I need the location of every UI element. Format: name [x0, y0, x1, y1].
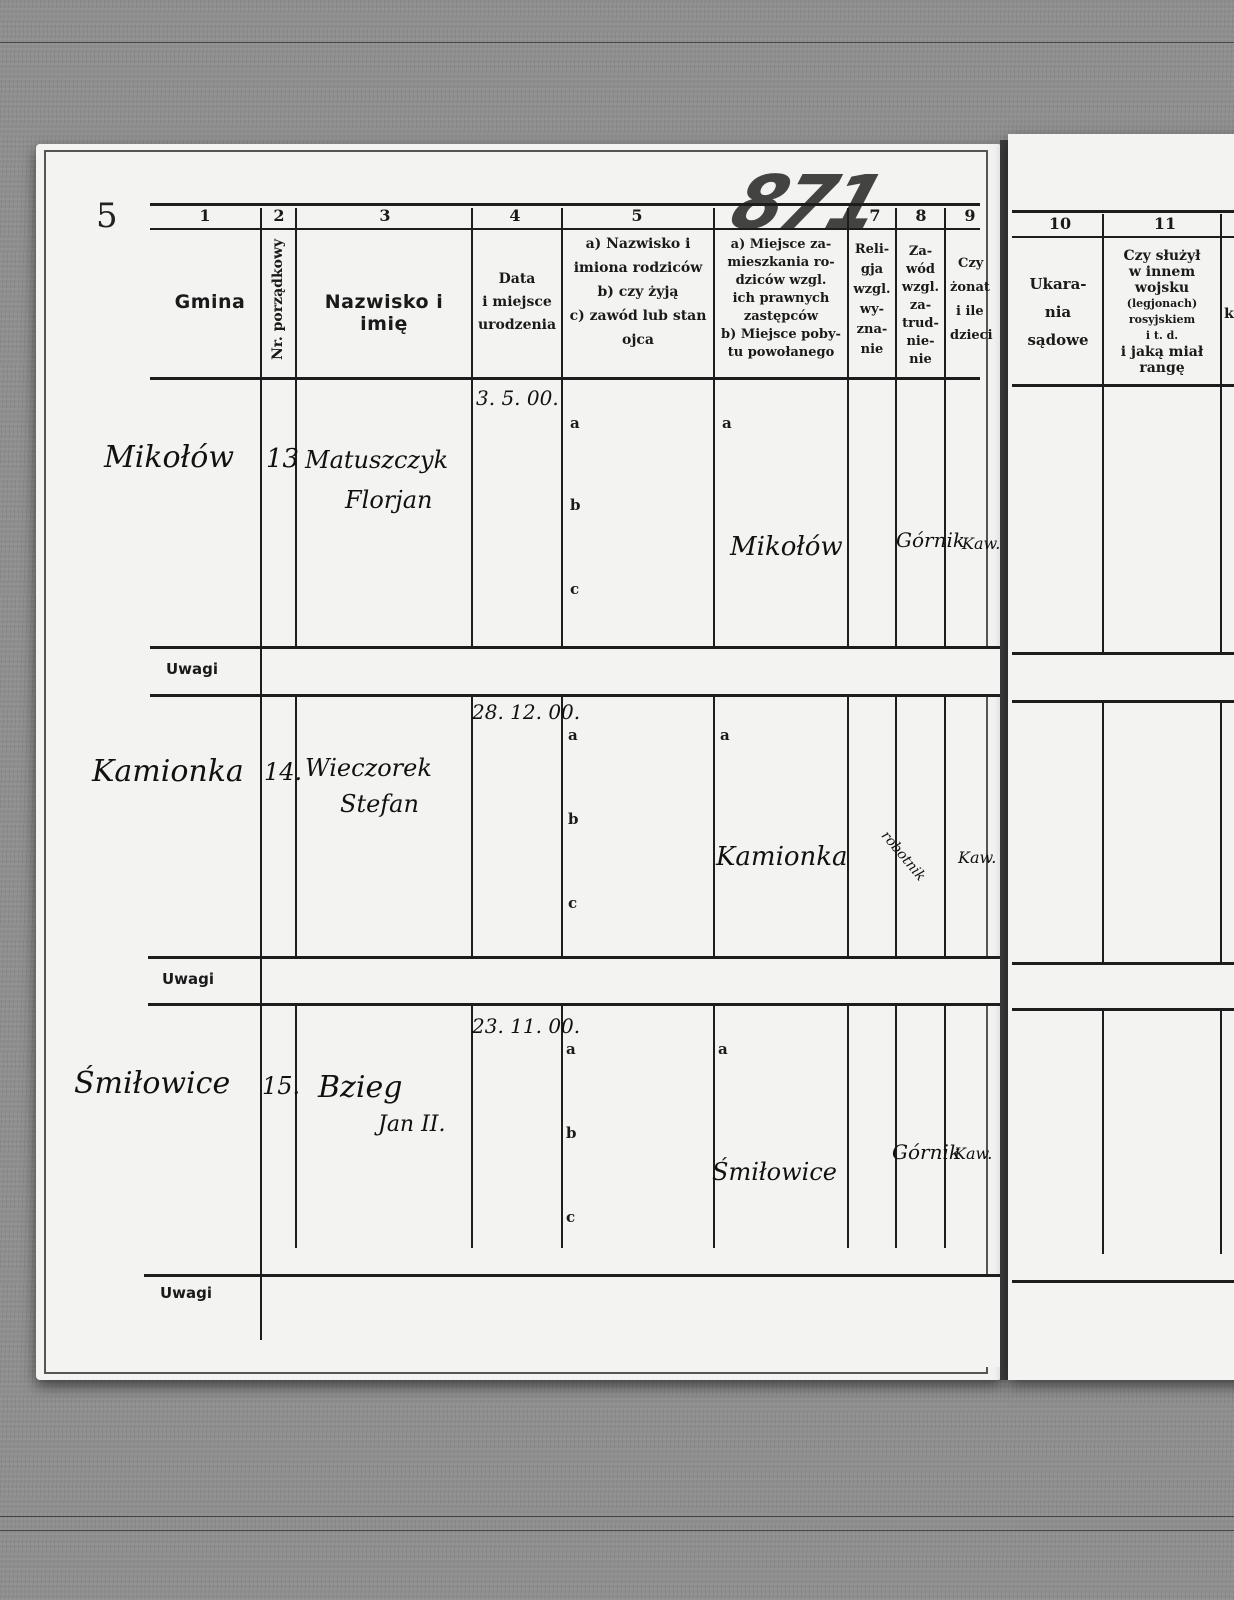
- col-header-line: ich prawnych: [714, 290, 848, 308]
- record-married: Kaw.: [958, 848, 996, 867]
- col-header-religion: Reli- gja wzgl. wy- zna- nie: [849, 240, 895, 360]
- col-header-line: dziców wzgl.: [714, 272, 848, 290]
- col-header-line: trud-: [897, 315, 944, 333]
- remarks-band: [1012, 655, 1234, 700]
- col-header-line: i miejsce: [472, 291, 562, 314]
- record-surname: Wieczorek: [305, 754, 432, 782]
- record-surname: Bzieg: [318, 1070, 402, 1105]
- sub-label-c: c: [568, 894, 577, 912]
- col-header-parents: a) Nazwisko i imiona rodziców b) czy żyj…: [562, 232, 714, 352]
- col-header-line: za-: [897, 297, 944, 315]
- col-header-line: gja: [849, 260, 895, 280]
- scan-artifact-line: [0, 42, 1234, 43]
- col-number: 7: [860, 206, 890, 225]
- remarks-band: [262, 959, 1000, 1003]
- col-header-line: i jaką miał: [1104, 344, 1220, 360]
- col-header-line: i t. d.: [1104, 328, 1220, 344]
- col-header-line: wy-: [849, 300, 895, 320]
- col-header-line: (legjonach): [1104, 296, 1220, 312]
- remarks-band: [262, 1277, 1000, 1367]
- col-header-birth: Data i miejsce urodzenia: [472, 268, 562, 337]
- sub-label-b: b: [566, 1124, 577, 1142]
- record-occupation: Górnik: [896, 528, 965, 552]
- scan-artifact-line: [0, 1516, 1234, 1517]
- record-occupation: Górnik: [892, 1140, 961, 1164]
- col-header-line: rosyjskiem: [1104, 312, 1220, 328]
- record-birth-date: 23. 11. 00.: [472, 1014, 580, 1038]
- col-header-line: wojsku: [1104, 280, 1220, 296]
- col-header-line: nie-: [897, 333, 944, 351]
- col-header-line: nie: [897, 351, 944, 369]
- sub-label-a: a: [718, 1040, 728, 1058]
- col-header-line: zastępców: [714, 308, 848, 326]
- sub-label-a: a: [566, 1040, 576, 1058]
- header-num-rule: [150, 228, 980, 230]
- col-header-line: żonat: [950, 276, 1002, 300]
- col-header-nr: Nr. porządkowy: [270, 240, 286, 360]
- col-number: 1: [190, 206, 220, 225]
- col-header-line: wzgl.: [897, 279, 944, 297]
- col-header-line: Reli-: [849, 240, 895, 260]
- col-number: 4: [500, 206, 530, 225]
- record-surname: Matuszczyk: [305, 446, 448, 474]
- col-header-line: rangę: [1104, 360, 1220, 376]
- record-rule: [148, 1003, 1000, 1006]
- header-num-rule-right: [1012, 236, 1234, 238]
- col-header-line: a) Nazwisko i: [562, 232, 714, 256]
- record-given-name: Florjan: [345, 486, 432, 514]
- col-number: 5: [622, 206, 652, 225]
- col-header-12-partial: k: [1222, 306, 1234, 322]
- col-header-other-army: Czy służył w innem wojsku (legjonach) ro…: [1104, 248, 1220, 376]
- remarks-label: Uwagi: [166, 660, 218, 678]
- col-header-line: Czy służył: [1104, 248, 1220, 264]
- sub-label-c: c: [570, 580, 579, 598]
- remarks-band: [262, 649, 1000, 694]
- record-gmina: Kamionka: [92, 754, 244, 789]
- sub-label-a: a: [722, 414, 732, 432]
- remarks-divider: [260, 640, 262, 1340]
- col-header-line: zna-: [849, 320, 895, 340]
- col-header-line: wzgl.: [849, 280, 895, 300]
- header-top-rule-right: [1012, 210, 1234, 213]
- record-gmina: Mikołów: [104, 440, 234, 475]
- col-divider: [944, 208, 946, 1248]
- col-header-line: i ile: [950, 300, 1002, 324]
- col-header-line: imiona rodziców: [562, 256, 714, 280]
- col-divider: [561, 208, 563, 1248]
- col-number: 8: [906, 206, 936, 225]
- record-residence-b: Śmiłowice: [712, 1158, 837, 1186]
- col-header-line: ojca: [562, 328, 714, 352]
- col-header-line: sądowe: [1014, 326, 1102, 354]
- col-header-line: nie: [849, 340, 895, 360]
- col-divider: [1220, 214, 1222, 1254]
- sub-label-a: a: [568, 726, 578, 744]
- sub-label-b: b: [570, 496, 581, 514]
- col-divider: [471, 208, 473, 1248]
- record-gmina: Śmiłowice: [74, 1066, 230, 1101]
- col-number: 2: [264, 206, 294, 225]
- col-header-gmina: Gmina: [160, 292, 260, 314]
- record-nr: 13: [266, 444, 299, 474]
- col-number: 9: [955, 206, 985, 225]
- record-birth-date: 28. 12. 00.: [472, 700, 580, 724]
- col-number: 10: [1040, 214, 1080, 233]
- col-header-married: Czy żonat i ile dzieci: [946, 252, 1002, 348]
- record-given-name: Stefan: [340, 790, 419, 818]
- col-divider: [713, 208, 715, 1248]
- record-married: Kaw.: [962, 534, 1000, 553]
- col-header-name: Nazwisko i imię: [298, 292, 470, 336]
- col-header-residence: a) Miejsce za- mieszkania ro- dziców wzg…: [714, 236, 848, 362]
- col-header-line: Czy: [950, 252, 1002, 276]
- col-number: 11: [1145, 214, 1185, 233]
- record-rule-right: [1012, 1008, 1234, 1011]
- remarks-label: Uwagi: [160, 1284, 212, 1302]
- record-rule-right: [1012, 700, 1234, 703]
- col-divider: [847, 208, 849, 1248]
- sub-label-c: c: [566, 1208, 575, 1226]
- col-header-line: urodzenia: [472, 314, 562, 337]
- col-header-line: tu powołanego: [714, 344, 848, 362]
- sub-label-a: a: [570, 414, 580, 432]
- col-header-line: c) zawód lub stan: [562, 304, 714, 328]
- col-header-occupation: Za- wód wzgl. za- trud- nie- nie: [897, 243, 944, 369]
- col-header-line: a) Miejsce za-: [714, 236, 848, 254]
- record-nr: 15.: [262, 1072, 300, 1100]
- remarks-band: [1012, 1283, 1234, 1373]
- record-residence-b: Mikołów: [730, 532, 843, 562]
- scan-artifact-line: [0, 1530, 1234, 1531]
- record-residence-b: Kamionka: [716, 842, 848, 872]
- record-married: Kaw.: [954, 1144, 992, 1163]
- col-header-line: w innem: [1104, 264, 1220, 280]
- col-header-line: wód: [897, 261, 944, 279]
- col-header-line: Data: [472, 268, 562, 291]
- header-bottom-rule-right: [1012, 384, 1234, 387]
- col-header-line: mieszkania ro-: [714, 254, 848, 272]
- page-mark: 5: [96, 196, 118, 236]
- record-given-name: Jan II.: [378, 1112, 445, 1137]
- header-bottom-rule: [150, 377, 980, 380]
- record-nr: 14.: [264, 758, 302, 786]
- col-number: 3: [370, 206, 400, 225]
- sub-label-b: b: [568, 810, 579, 828]
- col-header-line: Za-: [897, 243, 944, 261]
- sub-label-a: a: [720, 726, 730, 744]
- remarks-label: Uwagi: [162, 970, 214, 988]
- record-rule: [150, 694, 1000, 697]
- col-header-line: b) czy żyją: [562, 280, 714, 304]
- col-header-line: nia: [1014, 298, 1102, 326]
- col-header-line: dzieci: [950, 324, 1002, 348]
- col-header-line: b) Miejsce poby-: [714, 326, 848, 344]
- record-birth-date: 3. 5. 00.: [476, 386, 559, 410]
- col-header-line: Ukara-: [1014, 270, 1102, 298]
- col-header-sentences: Ukara- nia sądowe: [1014, 270, 1102, 354]
- remarks-band: [1012, 965, 1234, 1008]
